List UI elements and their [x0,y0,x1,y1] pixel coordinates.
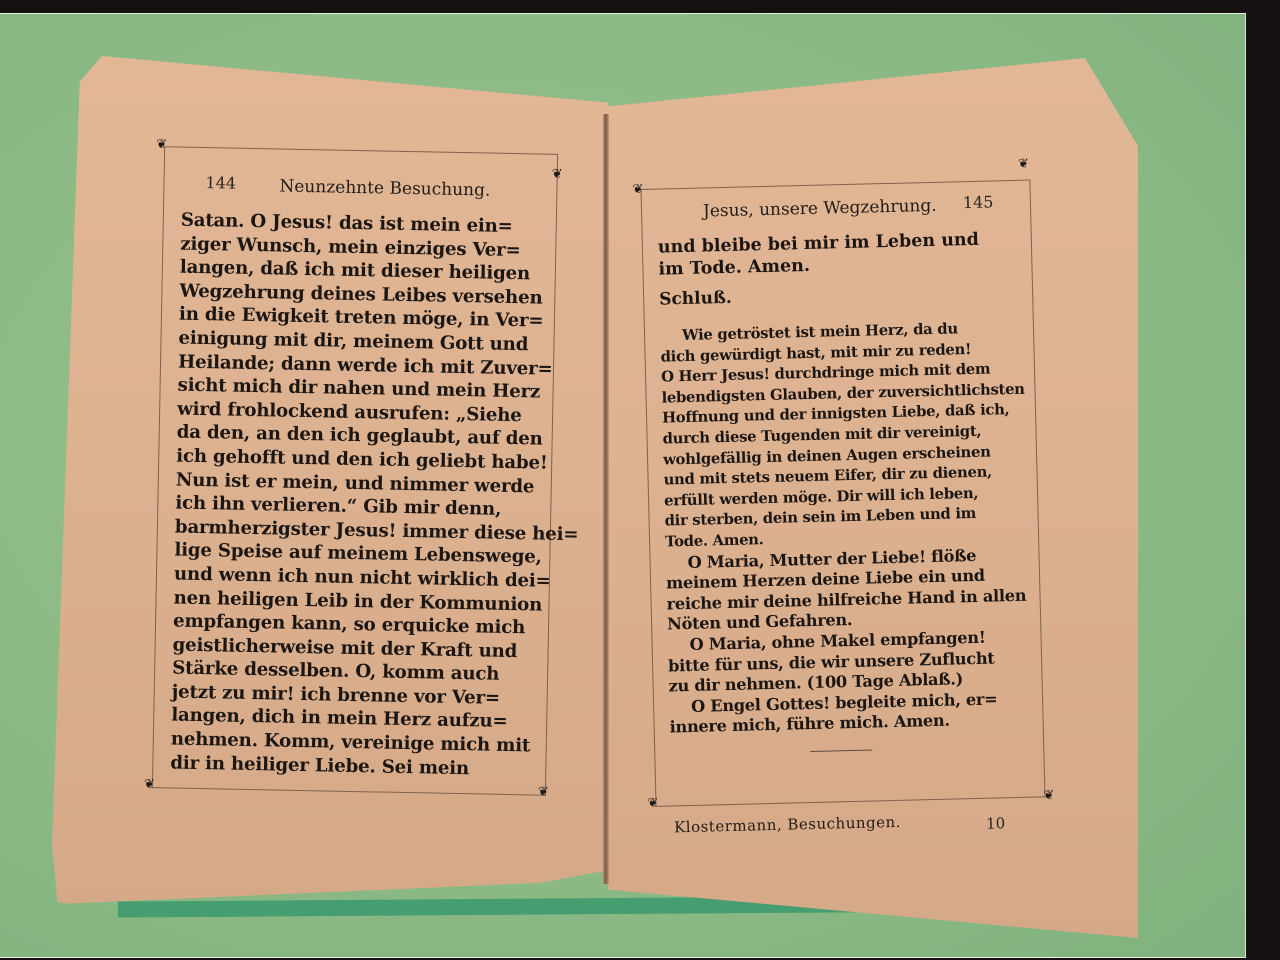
paragraph: Wie getröstet ist mein Herz, da du dich … [660,318,1017,553]
sheet-number: 10 [986,814,1006,832]
corner-ornament-icon: ❦ [1018,158,1029,171]
book-gutter [603,114,609,884]
right-closing-text: Wie getröstet ist mein Herz, da du dich … [660,318,1022,738]
running-head: Neunzehnte Besuchung. [279,176,490,200]
right-body-text: und bleibe bei mir im Leben und im Tode.… [658,228,1012,321]
page-number: 144 [205,173,236,193]
paragraph: O Engel Gottes! begleite mich, er= inner… [669,689,1022,739]
left-page-content: ❦ ❦ ❦ ❦ 144 Neunzehnte Besuchung. Satan.… [144,138,567,806]
signature-mark: Klostermann, Besuchungen. [674,813,901,837]
corner-ornament-icon: ❦ [144,778,155,791]
corner-ornament-icon: ❦ [647,797,658,810]
photo-frame: ❦ ❦ ❦ ❦ 144 Neunzehnte Besuchung. Satan.… [0,13,1246,958]
page-number: 145 [963,192,994,212]
corner-ornament-icon: ❦ [632,183,643,196]
corner-ornament-icon: ❦ [538,786,549,799]
open-book: ❦ ❦ ❦ ❦ 144 Neunzehnte Besuchung. Satan.… [0,14,1245,957]
paragraph: O Maria, ohne Makel empfangen! bitte für… [667,627,1020,697]
section-title: Schluß. [659,280,1011,311]
right-page-content: ❦ ❦ ❦ ❦ Jesus, unsere Wegzehrung. 145 un… [632,149,1068,839]
corner-ornament-icon: ❦ [1043,789,1054,802]
corner-ornament-icon: ❦ [156,138,167,151]
corner-ornament-icon: ❦ [552,168,563,181]
paragraph: O Maria, Mutter der Liebe! flöße meinem … [665,544,1019,635]
left-body-text: Satan. O Jesus! das ist mein ein= ziger … [170,209,543,782]
